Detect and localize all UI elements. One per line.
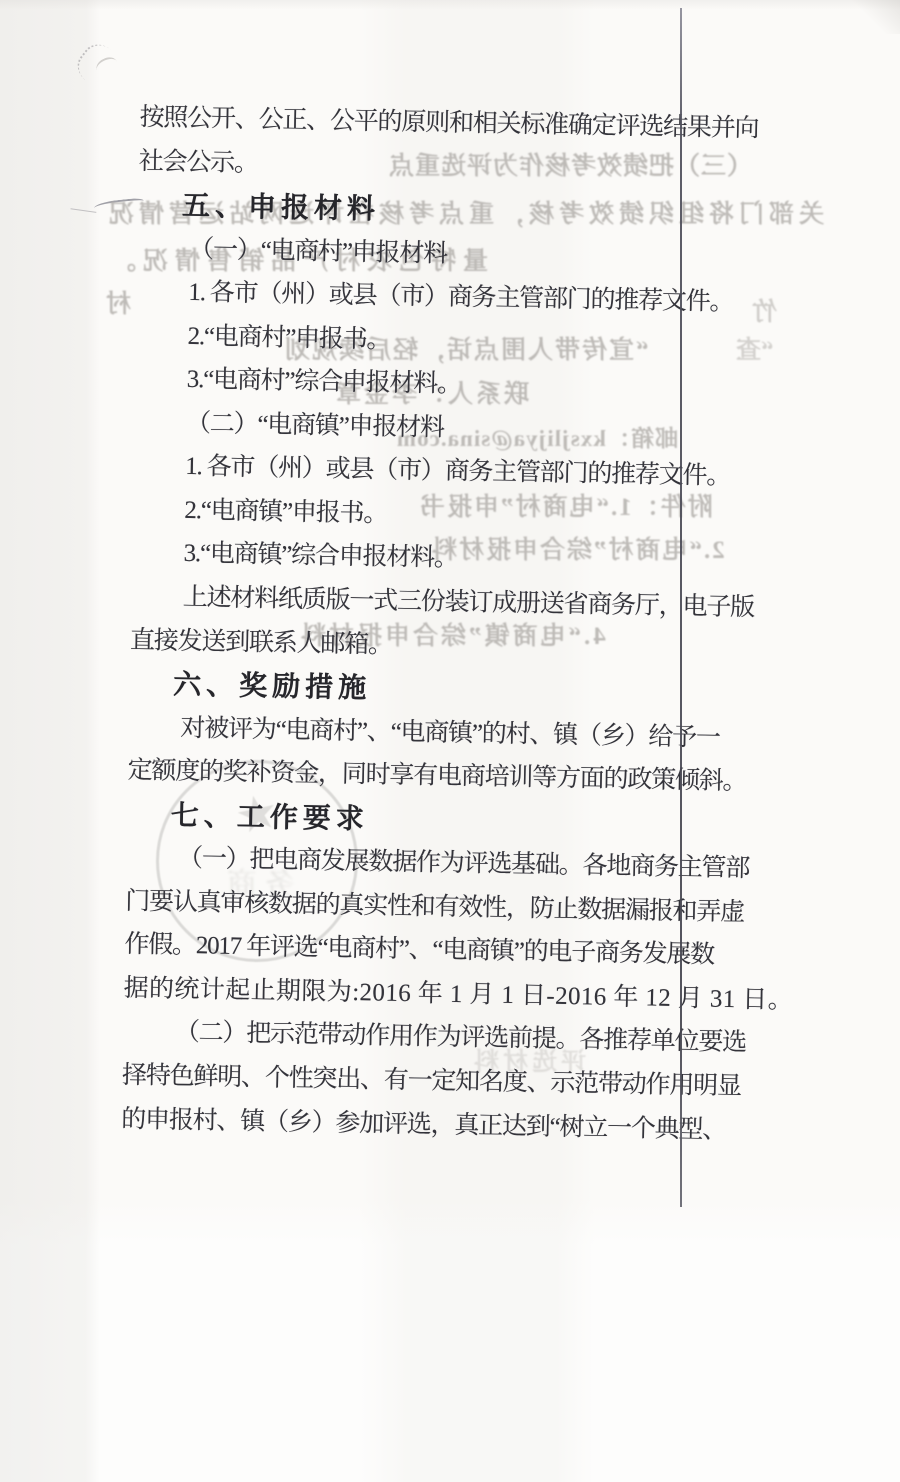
scanned-document-page: { "doc": { "lines": [ {"text": "按照公开、公正、…	[0, 0, 900, 1482]
scan-corner-shade	[852, 0, 900, 34]
document-body: 按照公开、公正、公平的原则和相关标准确定评选结果并向 社会公示。 五、申报材料 …	[121, 96, 820, 1153]
crease-line	[680, 8, 682, 1207]
bleedthrough-text: 村	[106, 284, 131, 320]
